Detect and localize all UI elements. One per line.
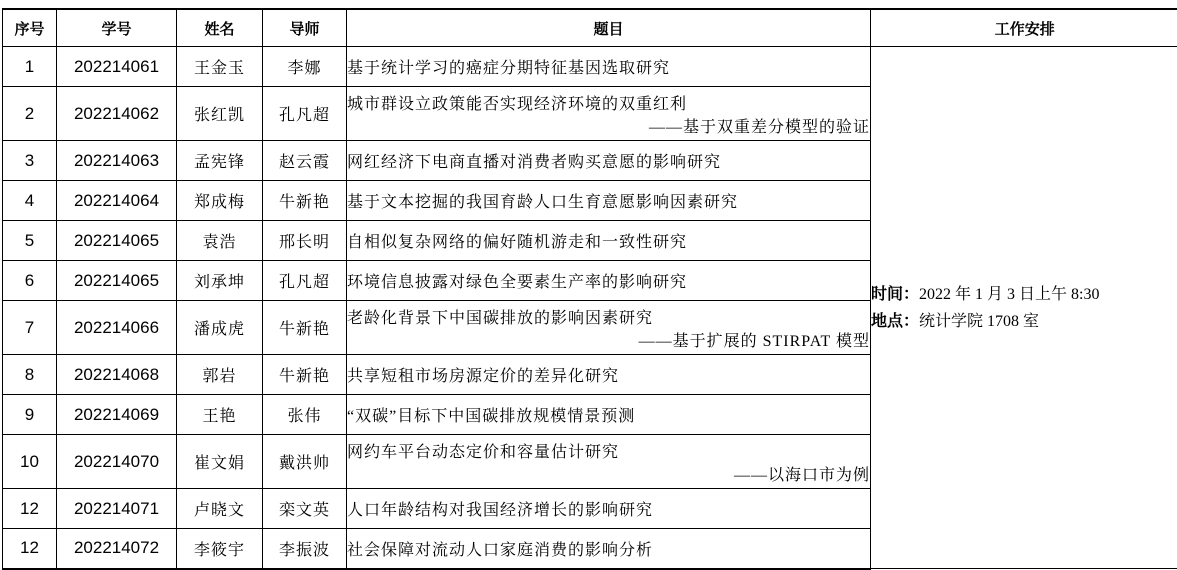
- cell-name: 张红凯: [177, 87, 263, 141]
- cell-advisor: 李振波: [263, 529, 347, 566]
- arrangement-time-line: 时间：2022 年 1 月 3 日上午 8:30: [871, 281, 1177, 308]
- cell-name: 卢晓文: [177, 489, 263, 529]
- cell-name: 李筱宇: [177, 529, 263, 566]
- thesis-title: 老龄化背景下中国碳排放的影响因素研究: [347, 305, 870, 328]
- cell-no: 10: [3, 435, 57, 489]
- col-header-arrangement: 工作安排: [871, 9, 1177, 47]
- cell-title: 老龄化背景下中国碳排放的影响因素研究 ——基于扩展的 STIRPAT 模型: [347, 301, 871, 355]
- cell-no: 4: [3, 181, 57, 221]
- cell-name: 刘承坤: [177, 261, 263, 301]
- thesis-title: 人口年龄结构对我国经济增长的影响研究: [347, 497, 870, 520]
- thesis-title: 网约车平台动态定价和容量估计研究: [347, 439, 870, 462]
- cell-title: 网红经济下电商直播对消费者购买意愿的影响研究: [347, 141, 871, 181]
- cell-name: 王金玉: [177, 47, 263, 87]
- cell-title: 基于文本挖掘的我国育龄人口生育意愿影响因素研究: [347, 181, 871, 221]
- cell-student-id: 202214066: [57, 301, 177, 355]
- cell-advisor: 戴洪帅: [263, 435, 347, 489]
- cell-student-id: 202214062: [57, 87, 177, 141]
- cell-no: 9: [3, 395, 57, 435]
- cell-advisor: 李娜: [263, 47, 347, 87]
- cell-title: 城市群设立政策能否实现经济环境的双重红利 ——基于双重差分模型的验证: [347, 87, 871, 141]
- cell-student-id: 202214070: [57, 435, 177, 489]
- thesis-title: 社会保障对流动人口家庭消费的影响分析: [347, 537, 870, 560]
- thesis-title: 共享短租市场房源定价的差异化研究: [347, 363, 870, 386]
- cell-no: 12: [3, 489, 57, 529]
- cell-student-id: 202214068: [57, 355, 177, 395]
- cell-title: 自相似复杂网络的偏好随机游走和一致性研究: [347, 221, 871, 261]
- cell-student-id: 202214069: [57, 395, 177, 435]
- cell-student-id: 202214063: [57, 141, 177, 181]
- cell-no: 12: [3, 529, 57, 566]
- cell-title: 人口年龄结构对我国经济增长的影响研究: [347, 489, 871, 529]
- cell-advisor: 牛新艳: [263, 181, 347, 221]
- cell-name: 潘成虎: [177, 301, 263, 355]
- cell-name: 王艳: [177, 395, 263, 435]
- cell-no: 1: [3, 47, 57, 87]
- cell-name: 袁浩: [177, 221, 263, 261]
- thesis-title: 网红经济下电商直播对消费者购买意愿的影响研究: [347, 149, 870, 172]
- cell-title: 网约车平台动态定价和容量估计研究 ——以海口市为例: [347, 435, 871, 489]
- work-arrangement-cell: 时间：2022 年 1 月 3 日上午 8:30 地点：统计学院 1708 室: [871, 47, 1177, 566]
- cell-student-id: 202214072: [57, 529, 177, 566]
- cell-advisor: 邢长明: [263, 221, 347, 261]
- cell-name: 孟宪锋: [177, 141, 263, 181]
- cell-no: 6: [3, 261, 57, 301]
- cell-student-id: 202214065: [57, 221, 177, 261]
- col-header-advisor: 导师: [263, 9, 347, 47]
- location-label: 地点：: [871, 313, 919, 330]
- thesis-title: 自相似复杂网络的偏好随机游走和一致性研究: [347, 229, 870, 252]
- cell-no: 5: [3, 221, 57, 261]
- cell-no: 8: [3, 355, 57, 395]
- cell-title: “双碳”目标下中国碳排放规模情景预测: [347, 395, 871, 435]
- thesis-subtitle: ——基于扩展的 STIRPAT 模型: [347, 328, 870, 351]
- cell-title: 共享短租市场房源定价的差异化研究: [347, 355, 871, 395]
- table-header-row: 序号 学号 姓名 导师 题目 工作安排: [3, 9, 1177, 47]
- cell-advisor: 牛新艳: [263, 355, 347, 395]
- time-label: 时间：: [871, 286, 919, 303]
- time-value: 2022 年 1 月 3 日上午 8:30: [919, 286, 1099, 303]
- thesis-title: 环境信息披露对绿色全要素生产率的影响研究: [347, 269, 870, 292]
- cell-name: 郭岩: [177, 355, 263, 395]
- thesis-subtitle: ——以海口市为例: [347, 462, 870, 485]
- cell-no: 7: [3, 301, 57, 355]
- cell-title: 社会保障对流动人口家庭消费的影响分析: [347, 529, 871, 566]
- cell-student-id: 202214064: [57, 181, 177, 221]
- cell-advisor: 孔凡超: [263, 261, 347, 301]
- cell-name: 郑成梅: [177, 181, 263, 221]
- thesis-title: 城市群设立政策能否实现经济环境的双重红利: [347, 91, 870, 114]
- cell-advisor: 张伟: [263, 395, 347, 435]
- cell-title: 基于统计学习的癌症分期特征基因选取研究: [347, 47, 871, 87]
- cell-no: 2: [3, 87, 57, 141]
- location-value: 统计学院 1708 室: [919, 313, 1039, 330]
- defense-schedule-table: 序号 学号 姓名 导师 题目 工作安排 1 202214061 王金玉 李娜 基…: [2, 8, 1177, 565]
- thesis-title: “双碳”目标下中国碳排放规模情景预测: [347, 403, 870, 426]
- thesis-title: 基于统计学习的癌症分期特征基因选取研究: [347, 55, 870, 78]
- cell-student-id: 202214061: [57, 47, 177, 87]
- col-header-no: 序号: [3, 9, 57, 47]
- thesis-subtitle: ——基于双重差分模型的验证: [347, 114, 870, 137]
- arrangement-location-line: 地点：统计学院 1708 室: [871, 308, 1177, 335]
- col-header-title: 题目: [347, 9, 871, 47]
- cell-advisor: 孔凡超: [263, 87, 347, 141]
- cell-advisor: 牛新艳: [263, 301, 347, 355]
- cell-advisor: 栾文英: [263, 489, 347, 529]
- thesis-title: 基于文本挖掘的我国育龄人口生育意愿影响因素研究: [347, 189, 870, 212]
- table-row: 1 202214061 王金玉 李娜 基于统计学习的癌症分期特征基因选取研究 时…: [3, 47, 1177, 87]
- cell-title: 环境信息披露对绿色全要素生产率的影响研究: [347, 261, 871, 301]
- cell-no: 3: [3, 141, 57, 181]
- cell-advisor: 赵云霞: [263, 141, 347, 181]
- cell-student-id: 202214065: [57, 261, 177, 301]
- cell-name: 崔文娟: [177, 435, 263, 489]
- col-header-name: 姓名: [177, 9, 263, 47]
- col-header-id: 学号: [57, 9, 177, 47]
- cell-student-id: 202214071: [57, 489, 177, 529]
